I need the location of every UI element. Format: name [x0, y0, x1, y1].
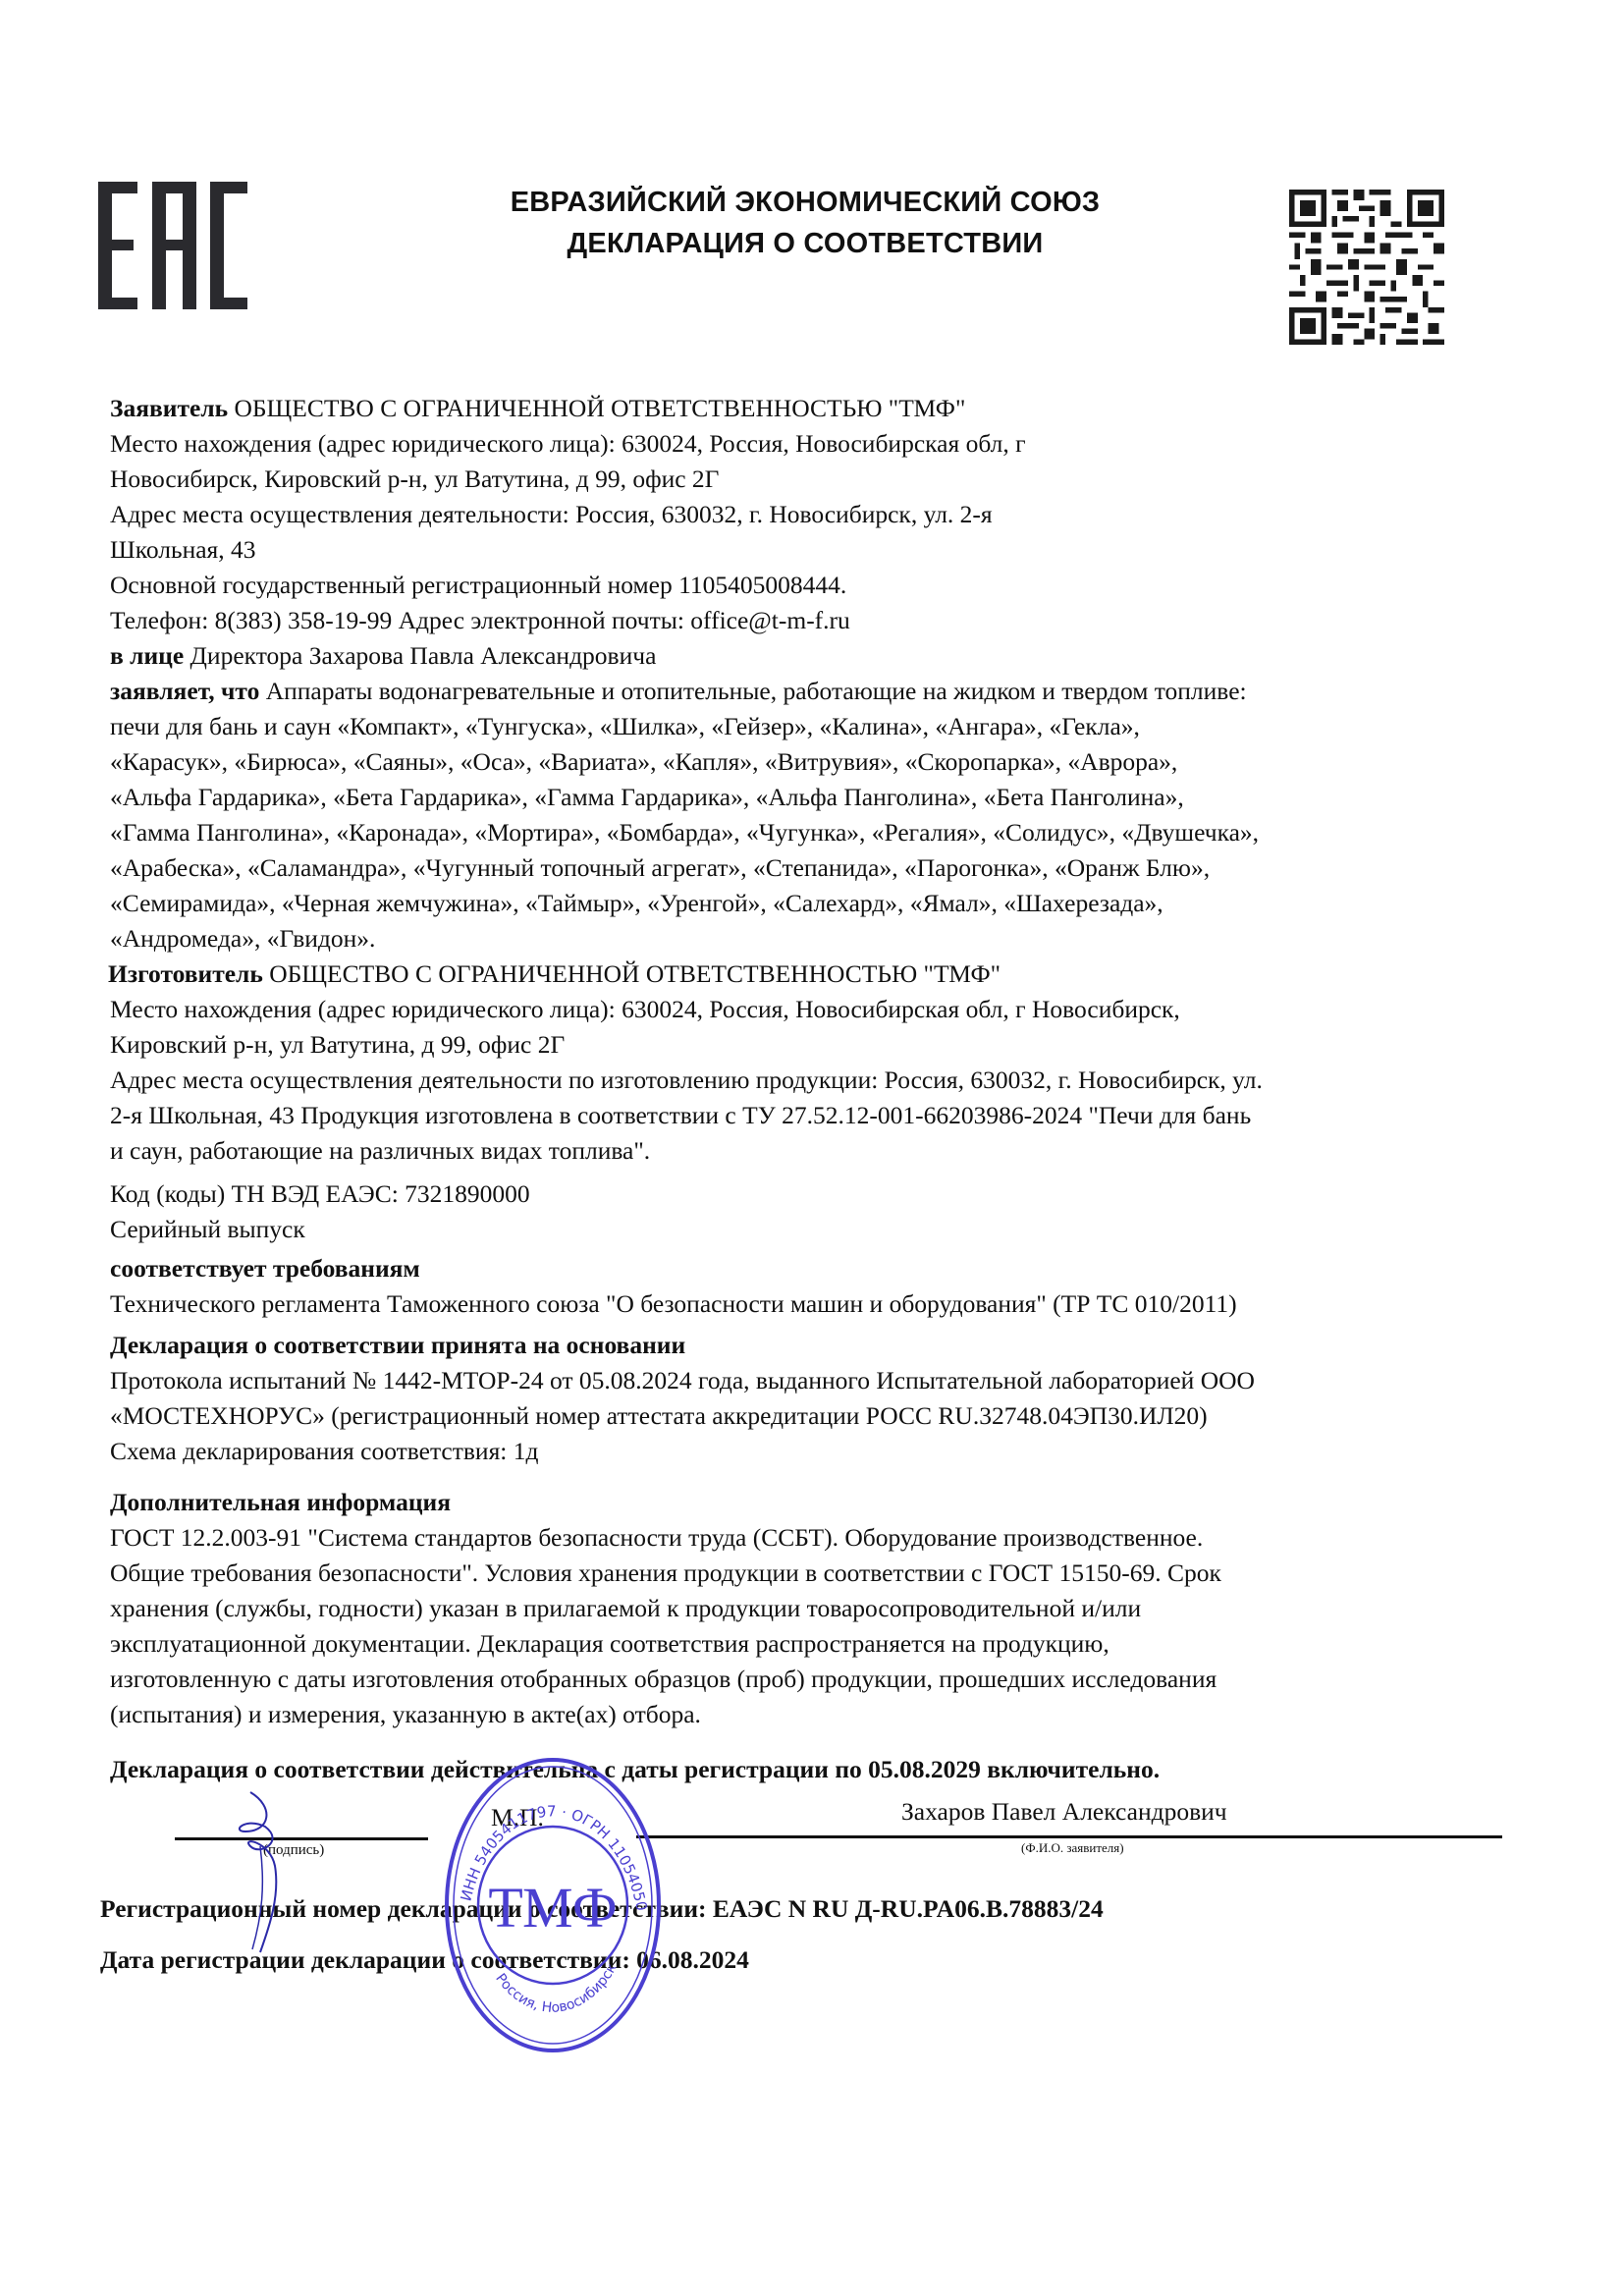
represented-by: Директора Захарова Павла Александровича: [184, 641, 656, 670]
applicant-activity-2: Школьная, 43: [110, 532, 1524, 568]
product-list-line: «Карасук», «Бирюса», «Саяны», «Оса», «Ва…: [110, 744, 1524, 780]
declares-section: заявляет, что Аппараты водонагревательны…: [110, 674, 1524, 957]
additional-line: эксплуатационной документации. Деклараци…: [110, 1626, 1524, 1662]
manufacturer-address-2: Кировский р-н, ул Ватутина, д 99, офис 2…: [108, 1027, 1522, 1063]
applicant-label: Заявитель: [110, 394, 228, 422]
applicant-ogrn: Основной государственный регистрационный…: [110, 568, 1524, 603]
applicant-name: ОБЩЕСТВО С ОГРАНИЧЕННОЙ ОТВЕТСТВЕННОСТЬЮ…: [228, 394, 965, 422]
represented-line: в лице Директора Захарова Павла Александ…: [110, 638, 1524, 674]
product-list-line: «Арабеска», «Саламандра», «Чугунный топо…: [110, 850, 1524, 886]
signature-line-ext: [310, 1837, 428, 1840]
product-info-section: Код (коды) ТН ВЭД ЕАЭС: 7321890000 Серий…: [110, 1176, 1524, 1247]
title-union: ЕВРАЗИЙСКИЙ ЭКОНОМИЧЕСКИЙ СОЮЗ: [373, 182, 1237, 223]
manufacturer-address-1: Место нахождения (адрес юридического лиц…: [108, 992, 1522, 1027]
declares-label: заявляет, что: [110, 677, 259, 705]
declares-line: заявляет, что Аппараты водонагревательны…: [110, 674, 1524, 709]
registration-date: Дата регистрации декларации о соответств…: [100, 1942, 1514, 1978]
title-declaration: ДЕКЛАРАЦИЯ О СООТВЕТСТВИИ: [373, 223, 1237, 264]
signature-caption: (подпись): [263, 1842, 324, 1859]
manufacturer-line: Изготовитель ОБЩЕСТВО С ОГРАНИЧЕННОЙ ОТВ…: [108, 957, 1522, 992]
applicant-section: Заявитель ОБЩЕСТВО С ОГРАНИЧЕННОЙ ОТВЕТС…: [110, 391, 1524, 674]
product-list-line: «Гамма Панголина», «Каронада», «Мортира»…: [110, 815, 1524, 850]
declares-text-0: Аппараты водонагревательные и отопительн…: [259, 677, 1246, 705]
applicant-activity-1: Адрес места осуществления деятельности: …: [110, 497, 1524, 532]
eac-logo-icon: [98, 182, 247, 309]
product-list-line: «Андромеда», «Гвидон».: [110, 921, 1524, 957]
tn-ved-code: Код (коды) ТН ВЭД ЕАЭС: 7321890000: [110, 1176, 1524, 1212]
manufacturer-activity-3: и саун, работающие на различных видах то…: [108, 1133, 1522, 1169]
validity-statement: Декларация о соответствии действительна …: [110, 1752, 1524, 1787]
name-line: [636, 1835, 1502, 1838]
qr-code-icon[interactable]: [1288, 190, 1445, 345]
basis-scheme: Схема декларирования соответствия: 1д: [110, 1434, 1524, 1469]
basis-section: Декларация о соответствии принята на осн…: [110, 1328, 1524, 1469]
release-type: Серийный выпуск: [110, 1212, 1524, 1247]
represented-label: в лице: [110, 641, 184, 670]
manufacturer-section: Изготовитель ОБЩЕСТВО С ОГРАНИЧЕННОЙ ОТВ…: [108, 957, 1522, 1169]
applicant-address-1: Место нахождения (адрес юридического лиц…: [110, 426, 1524, 462]
manufacturer-activity-2: 2-я Школьная, 43 Продукция изготовлена в…: [108, 1098, 1522, 1133]
requirements-section: соответствует требованиям Технического р…: [110, 1251, 1524, 1322]
additional-line: (испытания) и измерения, указанную в акт…: [110, 1697, 1524, 1732]
requirements-heading: соответствует требованиям: [110, 1251, 1524, 1286]
product-list-line: «Семирамида», «Черная жемчужина», «Таймы…: [110, 886, 1524, 921]
name-caption: (Ф.И.О. заявителя): [1021, 1840, 1124, 1856]
additional-heading: Дополнительная информация: [110, 1485, 1524, 1520]
signature-scribble-icon: [191, 1787, 329, 1954]
basis-lab: «МОСТЕХНОРУС» (регистрационный номер атт…: [110, 1398, 1524, 1434]
manufacturer-name: ОБЩЕСТВО С ОГРАНИЧЕННОЙ ОТВЕТСТВЕННОСТЬЮ…: [263, 959, 1001, 988]
additional-line: Общие требования безопасности". Условия …: [110, 1556, 1524, 1591]
product-list-line: печи для бань и саун «Компакт», «Тунгуск…: [110, 709, 1524, 744]
additional-line: хранения (службы, годности) указан в при…: [110, 1591, 1524, 1626]
document-title: ЕВРАЗИЙСКИЙ ЭКОНОМИЧЕСКИЙ СОЮЗ ДЕКЛАРАЦИ…: [373, 182, 1237, 264]
registration-number: Регистрационный номер декларации о соотв…: [100, 1891, 1514, 1927]
requirements-text: Технического регламента Таможенного союз…: [110, 1286, 1524, 1322]
basis-protocol: Протокола испытаний № 1442-МТОР-24 от 05…: [110, 1363, 1524, 1398]
manufacturer-label: Изготовитель: [108, 959, 263, 988]
applicant-line: Заявитель ОБЩЕСТВО С ОГРАНИЧЕННОЙ ОТВЕТС…: [110, 391, 1524, 426]
additional-line: изготовленную с даты изготовления отобра…: [110, 1662, 1524, 1697]
declaration-page: ЕВРАЗИЙСКИЙ ЭКОНОМИЧЕСКИЙ СОЮЗ ДЕКЛАРАЦИ…: [0, 0, 1623, 2296]
signer-name: Захаров Павел Александрович: [901, 1797, 1227, 1827]
additional-info-section: Дополнительная информация ГОСТ 12.2.003-…: [110, 1485, 1524, 1732]
applicant-address-2: Новосибирск, Кировский р-н, ул Ватутина,…: [110, 462, 1524, 497]
basis-heading: Декларация о соответствии принята на осн…: [110, 1328, 1524, 1363]
additional-line: ГОСТ 12.2.003-91 "Система стандартов без…: [110, 1520, 1524, 1556]
product-list-line: «Альфа Гардарика», «Бета Гардарика», «Га…: [110, 780, 1524, 815]
seal-place-label: М.П.: [491, 1803, 544, 1832]
applicant-contacts: Телефон: 8(383) 358-19-99 Адрес электрон…: [110, 603, 1524, 638]
manufacturer-activity-1: Адрес места осуществления деятельности п…: [108, 1063, 1522, 1098]
